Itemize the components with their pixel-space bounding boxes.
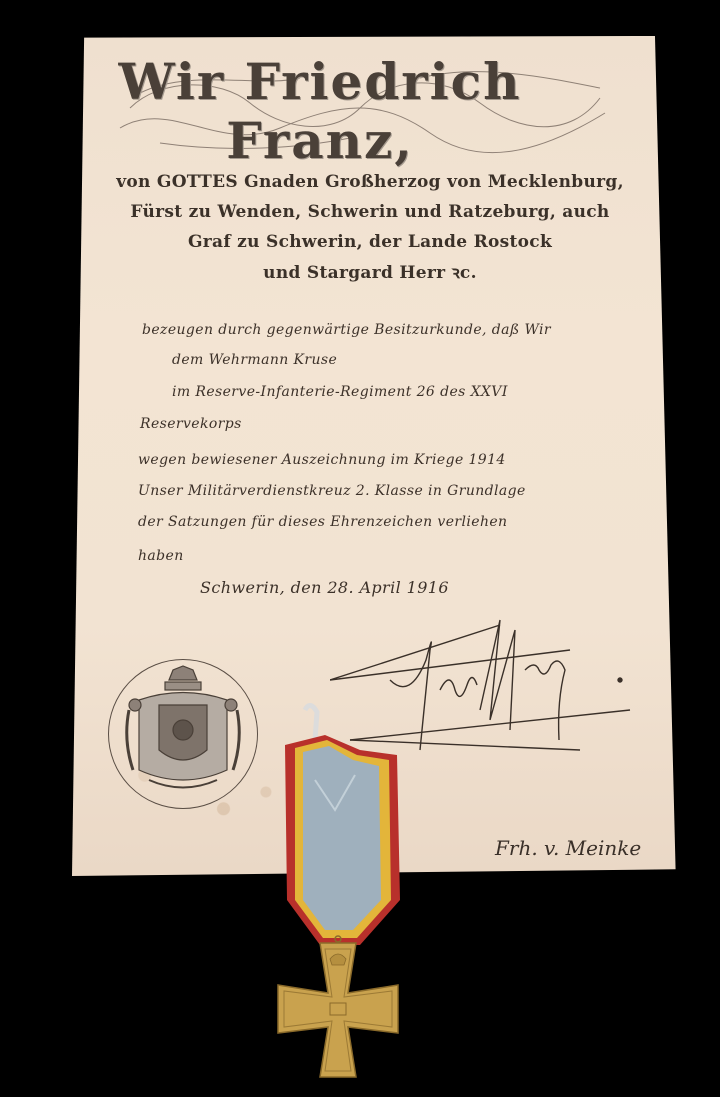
coat-of-arms-icon: [109, 660, 257, 808]
body-line-6: Unser Militärverdienstkreuz 2. Klasse in…: [138, 483, 526, 499]
body-line-8: haben: [138, 548, 184, 564]
document-title: Wir Friedrich Franz,: [60, 52, 580, 170]
body-line-1: bezeugen durch gegenwärtige Besitzurkund…: [142, 322, 551, 338]
body-line-3: im Reserve-Infanterie-Regiment 26 des XX…: [172, 384, 508, 400]
medal-ribbon: [285, 700, 405, 950]
heading-line-3: Graf zu Schwerin, der Lande Rostock: [100, 232, 640, 252]
military-merit-cross-icon: [272, 935, 404, 1083]
body-line-7: der Satzungen für dieses Ehrenzeichen ve…: [138, 514, 507, 530]
place-date: Schwerin, den 28. April 1916: [200, 578, 449, 597]
heading-line-2: Fürst zu Wenden, Schwerin und Ratzeburg,…: [100, 202, 640, 222]
countersignature: Frh. v. Meinke: [495, 836, 641, 860]
body-line-4: Reservekorps: [140, 416, 242, 432]
body-line-2: dem Wehrmann Kruse: [172, 352, 337, 368]
heading-line-1: von GOTTES Gnaden Großherzog von Mecklen…: [100, 172, 640, 192]
heading-line-4: und Stargard Herr ꝛc.: [100, 260, 640, 283]
coat-of-arms-seal: [108, 659, 258, 809]
body-line-5: wegen bewiesener Auszeichnung im Kriege …: [138, 452, 506, 468]
